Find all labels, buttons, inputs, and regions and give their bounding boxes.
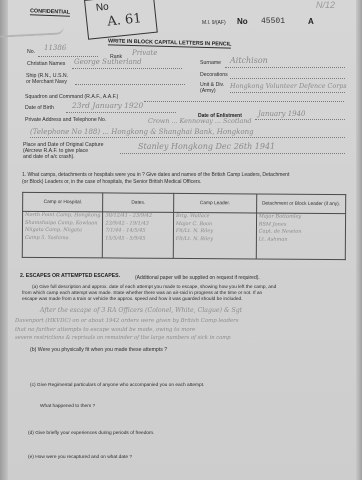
capture-label-line3: and date of a/c crash).	[23, 154, 75, 160]
binding-string	[0, 26, 64, 37]
detachment-leader-cell: Major Bottomley RSM Jones Capt. de Newto…	[256, 213, 346, 260]
instruction-heading: WRITE IN BLOCK CAPITAL LETTERS IN PENCIL	[108, 38, 232, 48]
question-e: (e) How were you recaptured and on what …	[28, 455, 132, 460]
address-line1: Crown ... Kennoway ... Scotland	[148, 117, 251, 125]
question-d: (d) Give briefly your experiences during…	[28, 431, 154, 436]
question-b: (b) Were you physically fit when you mad…	[30, 347, 167, 353]
section2-title: 2. ESCAPES OR ATTEMPTED ESCAPES.	[20, 273, 120, 279]
page-left-edge	[0, 0, 8, 480]
enlistment-value: January 1940	[258, 110, 306, 118]
dates-entry: 15/5/45 - 5/9/45	[105, 235, 171, 243]
section1-question-line2: (or Block) Leaders or, in the case of ho…	[22, 179, 201, 185]
question-a-line2: from which camp each attempt was made. S…	[22, 291, 262, 296]
detachment-leader-entry: Major Bottomley	[259, 214, 343, 222]
dates-entry: 7/1/44 - 14/5/45	[105, 227, 171, 235]
camp-leader-entry: Flt/Lt. N. Riley	[176, 235, 254, 243]
surname-label: Surname	[200, 60, 221, 66]
page-right-edge	[356, 0, 362, 480]
address-line2: (Telephone No 188) ... Hongkong & Shangh…	[30, 128, 254, 136]
capture-value: Stanley Hongkong Dec 26th 1941	[138, 142, 275, 151]
camp-leader-cell: Brig. Wallace Major C. Boon Flt/Lt. N. R…	[173, 212, 256, 259]
dob-label: Date of Birth	[25, 105, 54, 111]
column-header-detachment-leader: Detachment or Block Leader (if any).	[256, 194, 345, 214]
detachment-leader-entry: Capt. de Newton	[259, 229, 343, 237]
column-header-camp: Camp or Hospital.	[23, 192, 104, 212]
answer-a-line3: that no further attempts to escape would…	[15, 327, 195, 333]
section2-note: (Additional paper will be supplied on re…	[135, 275, 260, 281]
camp-entry: Camp 5, Yoshima	[25, 234, 100, 242]
answer-a-line4: severe restrictions & reprisals on remai…	[15, 335, 230, 341]
question-a-line3: escape was made from a train or vehicle …	[22, 297, 243, 302]
table-row: North Point Camp, Hongkong Shamshuipo Ca…	[22, 211, 345, 259]
ship-label: Ship (R.N., U.S.N. or Merchant Navy	[26, 73, 74, 85]
christian-names-label: Christian Names	[27, 61, 65, 67]
unit-value: Hongkong Volunteer Defence Corps	[230, 82, 347, 90]
question-c-followup: What happened to them ?	[40, 404, 95, 409]
no-label: No.	[27, 49, 35, 55]
decorations-label: Decorations	[200, 72, 228, 78]
document-page: CONFIDENTIAL No A. 61 N/12 M.I. 9/(AF) N…	[0, 0, 362, 480]
stamp-no-label: No	[95, 1, 109, 13]
question-a-line1: (a) Give full description and approx. da…	[32, 285, 276, 290]
unit-label: Unit & Div. (Army)	[200, 82, 230, 94]
form-reference: M.I. 9/(AF)	[202, 20, 226, 26]
surname-value: Aitchison	[230, 56, 268, 65]
form-no-label: No	[237, 17, 248, 26]
form-number: 45501	[261, 17, 285, 26]
answer-a-line1: After the escape of 3 RA Officers (Colon…	[40, 307, 242, 314]
dates-entry: 30/12/41 - 23/9/42	[105, 212, 171, 220]
address-label: Private Address and Telephone No.	[25, 117, 106, 123]
service-number-value: 11386	[44, 44, 66, 52]
column-header-camp-leader: Camp Leader.	[173, 193, 256, 213]
stamp-number: A. 61	[107, 11, 143, 29]
camp-entry: Niigata Camp, Niigata	[25, 227, 100, 235]
corner-note: N/12	[316, 0, 335, 10]
detachment-leader-entry: Lt. Ashman	[259, 236, 343, 244]
section1-question-line1: 1. What camps, detachments or hospitals …	[22, 172, 289, 178]
answer-a-line2: Davenport (HKVDC) on or about 1942 order…	[15, 318, 239, 324]
dob-value: 23rd January 1920	[72, 101, 143, 110]
number-stamp: No A. 61	[84, 0, 158, 40]
dates-cell: 30/12/41 - 23/9/42 23/9/42 - 19/1/43 7/1…	[103, 212, 174, 258]
rank-value: Private	[132, 49, 157, 57]
squadron-label: Squadron and Command (R.A.F., A.A.F.)	[25, 94, 118, 100]
classification-label: CONFIDENTIAL	[30, 8, 70, 16]
camp-cell: North Point Camp, Hongkong Shamshuipo Ca…	[22, 211, 103, 258]
column-header-dates: Dates.	[103, 193, 174, 212]
camps-table: Camp or Hospital. Dates. Camp Leader. De…	[22, 192, 346, 260]
form-suffix: A	[308, 17, 314, 26]
camp-entry: North Point Camp, Hongkong	[25, 212, 100, 220]
table-header-row: Camp or Hospital. Dates. Camp Leader. De…	[23, 192, 346, 213]
question-c: (c) Give Regimental particulars of anyon…	[30, 383, 204, 388]
christian-names-value: George Sutherland	[74, 58, 142, 66]
